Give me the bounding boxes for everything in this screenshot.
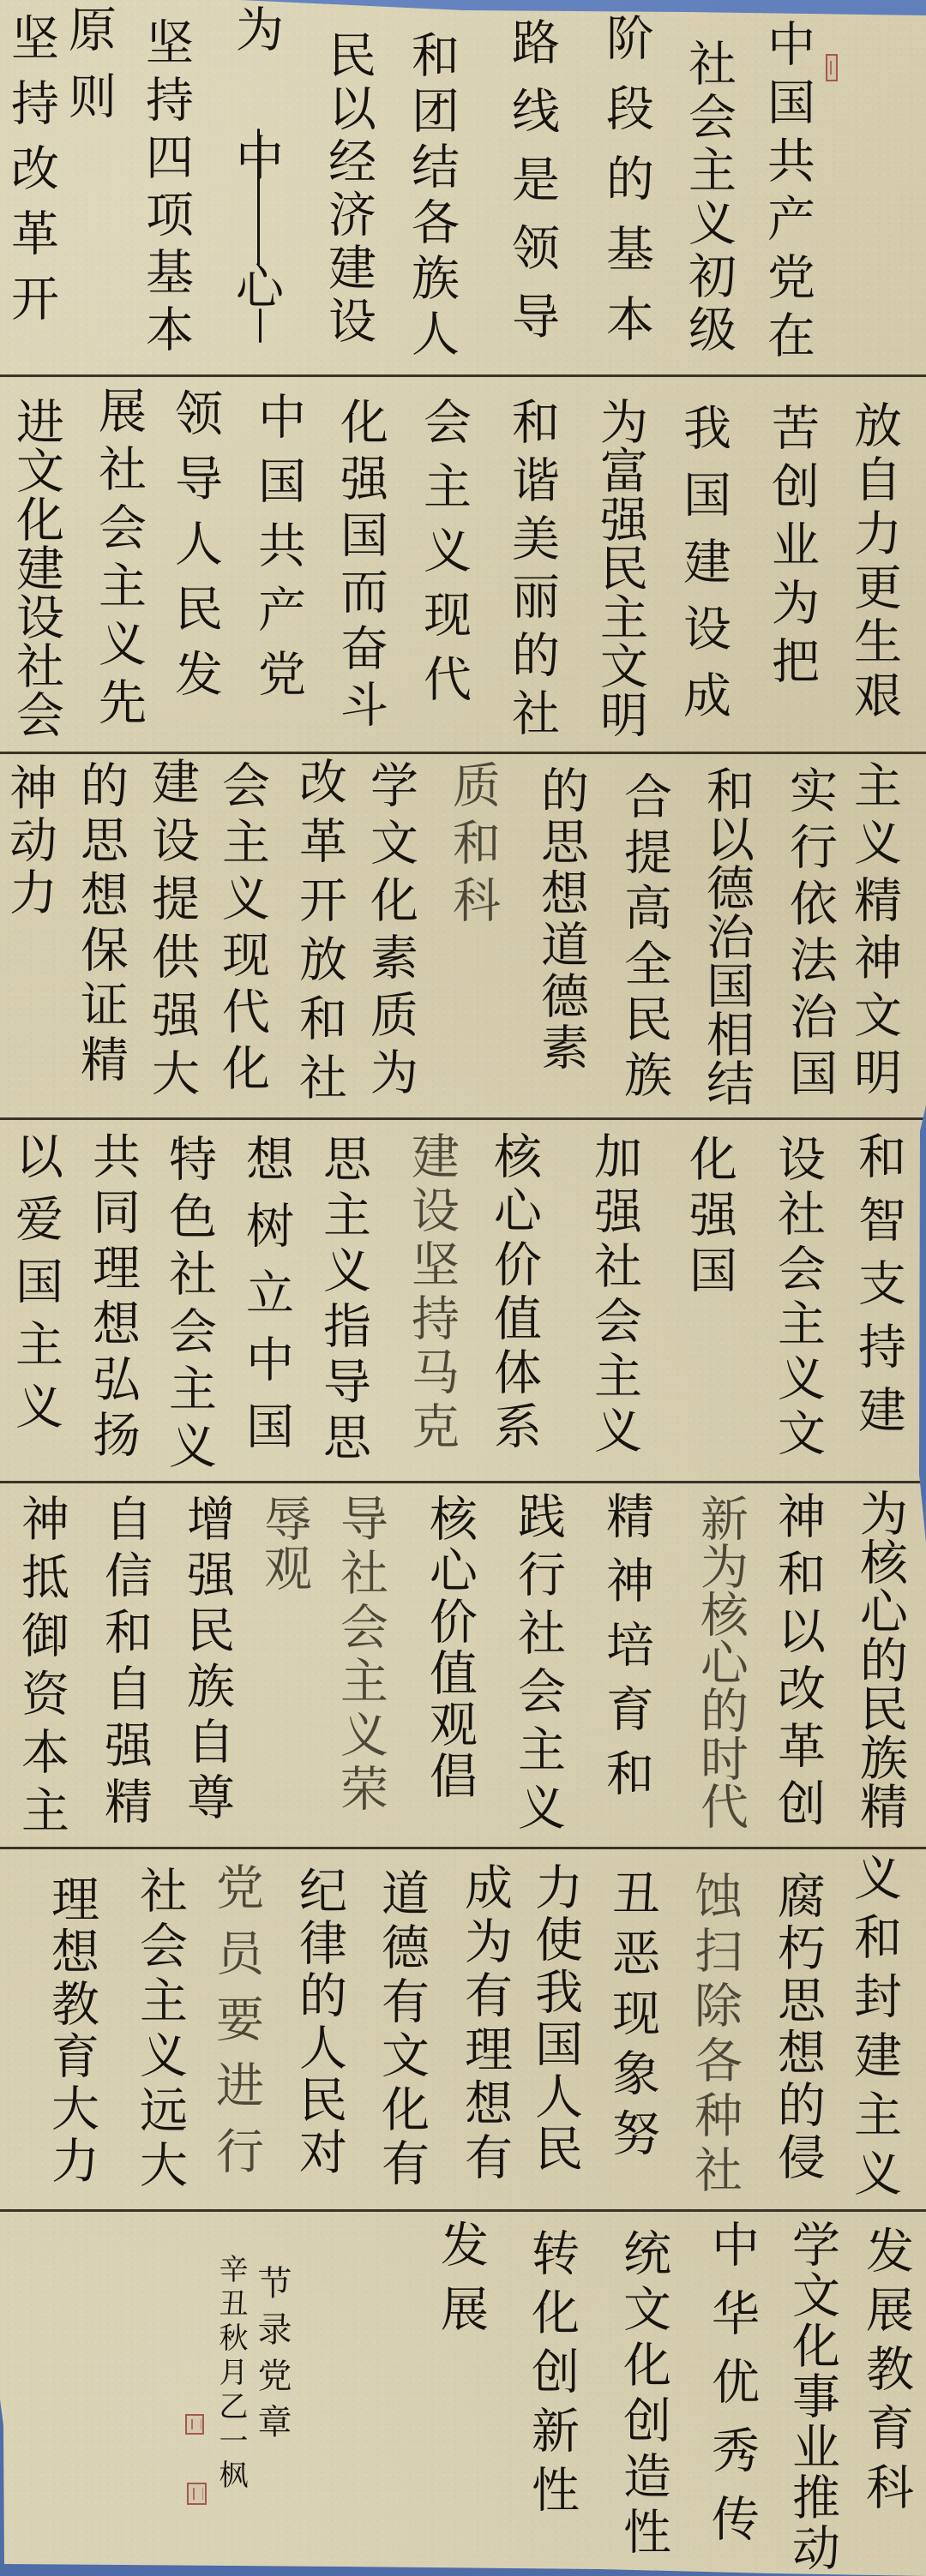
calligraphy-column: 合提高全民族 [620, 771, 668, 1105]
calligraphy-column: 社会主义初级 [684, 39, 732, 357]
seal-stamp [826, 54, 838, 81]
calligraphy-column: 辱观 [260, 1494, 308, 1593]
calligraphy-column: 建设提供强大 [147, 757, 195, 1106]
calligraphy-column: 道德有文化有 [377, 1868, 425, 2192]
calligraphy-column: 和智支持建 [854, 1131, 902, 1448]
calligraphy-column: 我国建设成 [679, 403, 727, 737]
calligraphy-column: 丑恶现象努 [608, 1868, 656, 2168]
calligraphy-column: 为核心的民族精 [856, 1489, 904, 1830]
calligraphy-column: 导社会主义荣 [336, 1494, 384, 1818]
calligraphy-column: 转化创新性 [527, 2228, 575, 2524]
calligraphy-column: 和谐美丽的社 [508, 397, 556, 746]
calligraphy-column: 义和封建主义 [850, 1853, 898, 2208]
calligraphy-column: 理想教育大力 [47, 1874, 95, 2188]
calligraphy-column: 建设坚持马克 [407, 1131, 455, 1455]
calligraphy-column: 核心价值体系 [490, 1131, 538, 1455]
calligraphy-column: 化强国 [685, 1134, 733, 1301]
panel-divider [0, 2209, 926, 2212]
calligraphy-column: 会主义现代化 [218, 760, 266, 1099]
calligraphy-column: 民以经济建设 [324, 30, 372, 349]
calligraphy-column: 核心价值观倡 [425, 1494, 473, 1802]
calligraphy-column: 的思想保证精 [76, 760, 124, 1089]
calligraphy-column: 改革开放和社 [295, 757, 343, 1111]
calligraphy-column: 力使我国人民 [531, 1862, 579, 2176]
inscription-title: 节录党章 [255, 2265, 289, 2450]
calligraphy-column: 新为核心的时代 [696, 1494, 744, 1830]
calligraphy-column: 神抵御资本主 [17, 1494, 65, 1843]
calligraphy-column: 会主义现代 [419, 397, 467, 718]
calligraphy-column: 路线是领导 [508, 17, 556, 360]
panel-divider [0, 1481, 926, 1483]
calligraphy-column: 加强社会主义 [590, 1131, 638, 1460]
calligraphy-column: 进文化建设社会 [12, 397, 60, 739]
ink-stroke [257, 129, 260, 266]
calligraphy-column: 领导人民发 [171, 388, 219, 714]
calligraphy-column: 原则 [64, 4, 112, 138]
calligraphy-column: 社会主义远大 [135, 1866, 183, 2195]
calligraphy-column: 自信和自强精 [100, 1494, 148, 1833]
calligraphy-column: 质和科 [448, 760, 496, 932]
calligraphy-column: 苦创业为把 [767, 403, 815, 694]
calligraphy-column: 为富强民主文明 [596, 397, 644, 739]
calligraphy-column: 神动力 [5, 763, 53, 920]
calligraphy-column: 放自力更生艰 [850, 400, 898, 724]
calligraphy-column: 成为有理想有 [460, 1862, 508, 2186]
calligraphy-column: 学文化事业推动 [788, 2220, 836, 2573]
calligraphy-column: 纪律的人民对 [295, 1866, 343, 2179]
calligraphy-column: 实行依法治国 [785, 765, 833, 1105]
calligraphy-column: 共同理想弘扬 [88, 1131, 136, 1465]
panel-divider [0, 1847, 926, 1849]
calligraphy-column: 中华优秀传 [707, 2220, 755, 2562]
seal-stamp [187, 2483, 207, 2505]
calligraphy-column: 化强国而奋斗 [336, 397, 384, 736]
calligraphy-column: 增强民族自尊 [183, 1494, 231, 1828]
calligraphy-column: 发展教育科 [862, 2226, 910, 2521]
ink-stroke [259, 309, 262, 343]
calligraphy-column: 发展 [436, 2220, 484, 2348]
calligraphy-column: 思主义指导思 [319, 1134, 367, 1468]
calligraphy-column: 主义精神文明 [850, 760, 898, 1105]
panel-divider [0, 374, 926, 377]
calligraphy-column: 神和以改革创 [773, 1491, 821, 1836]
calligraphy-column: 和团结各族人 [407, 30, 455, 364]
calligraphy-column: 中国共产党 [254, 392, 302, 713]
calligraphy-column: 党员要进行 [212, 1862, 260, 2192]
calligraphy-column: 坚持改革开 [7, 13, 55, 338]
calligraphy-column: 阶段的基本 [602, 13, 650, 364]
calligraphy-column: 学文化素质为 [366, 760, 414, 1105]
calligraphy-column: 设社会主义文 [773, 1134, 821, 1463]
calligraphy-column: 和以德治国相结 [702, 765, 750, 1107]
panel-divider [0, 752, 926, 754]
calligraphy-column: 为中心 [231, 4, 280, 390]
calligraphy-column: 特色社会主义 [165, 1134, 213, 1478]
calligraphy-column: 蚀扫除各种社 [690, 1871, 738, 2200]
calligraphy-column: 展社会主义先 [94, 386, 142, 735]
calligraphy-column: 以爱国主义 [11, 1131, 59, 1444]
calligraphy-column: 中国共产党在 [763, 19, 811, 368]
calligraphy-paper: 中国共产党在 社会主义初级 阶段的基本 路线是领导 和团结各族人 民以经济建设 … [0, 0, 926, 2576]
calligraphy-column: 践行社会主义 [514, 1491, 562, 1841]
inscription-signature: 辛丑秋月乙一枫 [216, 2254, 245, 2494]
calligraphy-column: 想树立中国 [242, 1134, 290, 1468]
calligraphy-column: 坚持四项基本 [141, 17, 189, 362]
calligraphy-column: 精神培育和 [602, 1491, 650, 1812]
calligraphy-column: 腐朽思想的侵 [773, 1871, 821, 2184]
panel-divider [0, 1117, 926, 1120]
seal-stamp [185, 2414, 204, 2435]
calligraphy-column: 统文化创造性 [619, 2228, 667, 2562]
calligraphy-column: 的思想道德素 [537, 765, 585, 1074]
